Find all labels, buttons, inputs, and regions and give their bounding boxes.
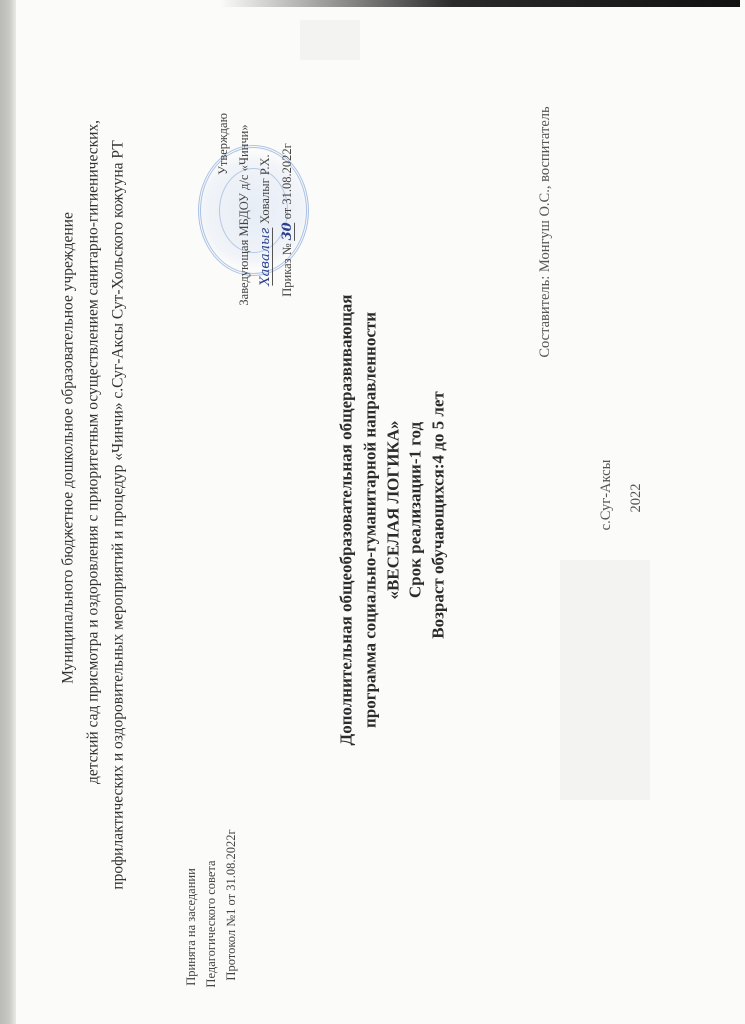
approval-title: Утверждаю [217,113,230,175]
scan-edge-left [0,0,16,1024]
header-line-2: детский сад присмотра и оздоровления с п… [85,120,101,784]
program-duration: Срок реализации-1 год [407,422,424,598]
approval-signature-line: Хавалыг Ховалыг Р.Х. [259,154,273,285]
accepted-line-3: Протокол №1 от 31.08.2022г [225,829,238,980]
program-name: «ВЕСЕЛАЯ ЛОГИКА» [385,420,402,599]
order-prefix: Приказ № [281,243,295,296]
bleed-through [300,20,360,60]
approval-order: Приказ № 30 от 31.08.2022г [281,143,295,297]
program-age: Возраст обучающихся:4 до 5 лет [430,391,447,639]
header-line-1: Муниципального бюджетное дошкольное обра… [60,212,76,684]
footer-year: 2022 [629,484,644,513]
scan-edge-top [220,0,740,7]
program-title-line-2: программа социально-гуманитарной направл… [362,312,379,728]
signature: Хавалыг [259,228,273,286]
author: Составитель: Монгуш О.С., воспитатель [538,106,553,357]
program-title-line-1: Дополнительная общеобразовательная общер… [338,294,355,745]
approval-head: Заведующая МБДОУ д/с «Чинчи» [238,124,251,305]
footer-place: с.Суг-Аксы [599,460,614,531]
header-line-3: профилактических и оздоровительных мероп… [110,140,126,889]
order-date: от 31.08.2022г [281,143,295,219]
approval-name: Ховалыг Р.Х. [259,154,273,223]
accepted-line-2: Педагогического совета [205,860,218,987]
bleed-through [560,560,650,800]
accepted-line-1: Принята на заседании [185,868,198,986]
order-number: 30 [281,222,295,240]
